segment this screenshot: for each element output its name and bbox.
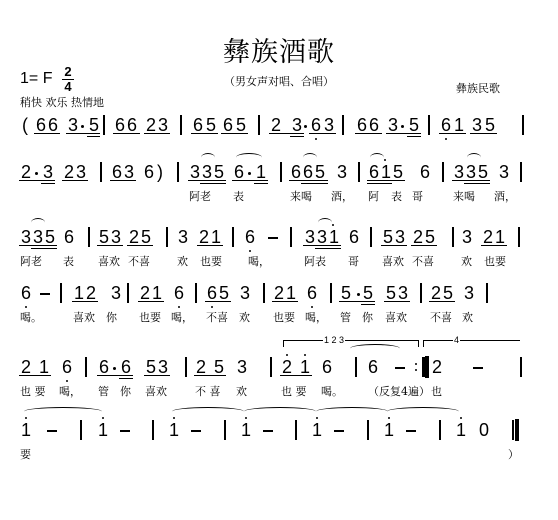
bar-line	[452, 227, 454, 247]
note: 3	[463, 284, 475, 302]
augmentation-dot	[248, 172, 251, 175]
lyric: 表	[233, 188, 244, 204]
hold-dash	[406, 430, 416, 432]
note: 2	[63, 163, 75, 181]
note: 1	[299, 358, 311, 376]
beam-underline	[367, 180, 405, 181]
note: 3	[20, 228, 32, 246]
lyric: 也要	[139, 309, 161, 325]
note: 5	[213, 163, 225, 181]
bar-line	[295, 420, 297, 440]
beam-underline	[19, 245, 57, 246]
note: 6	[222, 116, 234, 134]
beam-underline	[289, 180, 328, 181]
beam-underline	[197, 245, 223, 246]
lyric: 喜欢	[382, 253, 404, 269]
high-octave-dot	[173, 417, 175, 419]
bar-line	[100, 162, 102, 182]
lyric: 阿老	[189, 188, 211, 204]
note: 5	[340, 284, 352, 302]
note: 5	[382, 228, 394, 246]
lyric: 欢	[461, 253, 472, 269]
lyric: 喝，	[305, 309, 327, 325]
note: 1	[285, 284, 297, 302]
beam-underline	[272, 301, 298, 302]
note: 6	[111, 163, 123, 181]
bar-line	[518, 227, 520, 247]
note: 6	[114, 116, 126, 134]
note: 3	[291, 116, 303, 134]
hold-dash	[263, 430, 273, 432]
note: 6	[192, 116, 204, 134]
beam-underline	[194, 375, 226, 376]
lyric: 表	[63, 253, 74, 269]
note: 5	[218, 284, 230, 302]
lyric: 哥	[412, 188, 423, 204]
repeat-thin-bar	[422, 357, 424, 377]
bar-line	[224, 420, 226, 440]
bar-line	[85, 357, 87, 377]
beam-underline	[367, 183, 392, 184]
note: 6	[368, 116, 380, 134]
song-title: 彝族酒歌	[0, 30, 558, 69]
note: 3	[336, 163, 348, 181]
bar-line	[439, 420, 441, 440]
beam-underline	[19, 375, 51, 376]
volta-bracket-1	[283, 340, 419, 347]
slur-arc	[370, 153, 384, 162]
beam-underline	[411, 245, 437, 246]
beam-underline	[232, 180, 268, 181]
bar-line	[370, 227, 372, 247]
slur-arc	[316, 407, 388, 416]
lyric: 表	[391, 188, 402, 204]
volta-label-1: 1 2 3	[323, 335, 345, 345]
beam-underline	[62, 180, 88, 181]
note: 3	[110, 228, 122, 246]
high-octave-dot	[332, 224, 334, 226]
note: 5	[424, 228, 436, 246]
note: 6	[35, 116, 47, 134]
lyric: 也 要	[281, 383, 307, 399]
bar-line	[152, 420, 154, 440]
high-octave-dot	[286, 354, 288, 356]
note: 3	[498, 163, 510, 181]
lyric: 欢	[236, 383, 247, 399]
note: 6	[348, 228, 360, 246]
lyric: 阿老	[20, 253, 42, 269]
note: 3	[177, 228, 189, 246]
lyric: 也	[431, 383, 442, 399]
beam-underline	[381, 245, 407, 246]
note: 5	[235, 116, 247, 134]
note: 6	[367, 358, 379, 376]
note: 3	[123, 163, 135, 181]
low-octave-dot	[25, 306, 27, 308]
tempo-marking: 稍快 欢乐 热情地	[20, 94, 104, 110]
note: 3	[189, 163, 201, 181]
lyric: 欢	[177, 253, 188, 269]
note: 5	[140, 228, 152, 246]
note: 3	[465, 163, 477, 181]
beam-underline	[303, 245, 341, 246]
beam-underline	[384, 301, 410, 302]
hold-dash	[191, 430, 201, 432]
lyric: 阿	[368, 188, 379, 204]
lyric: 来喝	[290, 188, 312, 204]
note: 3	[304, 228, 316, 246]
slur-arc	[201, 153, 215, 162]
hold-dash	[120, 430, 130, 432]
low-octave-dot	[178, 306, 180, 308]
lyric: 哥	[348, 253, 359, 269]
note: 1	[38, 358, 50, 376]
bar-line	[258, 115, 260, 135]
lyric: 喜欢	[73, 309, 95, 325]
note: 5	[484, 116, 496, 134]
note: 1	[97, 421, 109, 439]
lyric: 喜欢	[145, 383, 167, 399]
note: 2	[139, 284, 151, 302]
beam-underline	[290, 136, 304, 137]
beam-underline	[301, 183, 328, 184]
hold-dash	[473, 367, 483, 369]
note: 2	[20, 163, 32, 181]
lyric: 你	[106, 309, 117, 325]
bar-line	[280, 162, 282, 182]
note: 5	[477, 163, 489, 181]
note: 1	[311, 421, 323, 439]
beam-underline	[41, 183, 55, 184]
low-octave-dot	[315, 138, 317, 140]
lyric: 酒，	[331, 188, 353, 204]
repeat-dot	[415, 369, 417, 371]
bar-line	[177, 162, 179, 182]
note: 0	[478, 421, 490, 439]
beam-underline	[280, 375, 312, 376]
note: 3	[387, 116, 399, 134]
bar-line	[60, 283, 62, 303]
beam-underline	[470, 133, 497, 134]
note: 6	[321, 358, 333, 376]
note: 6	[143, 163, 155, 181]
bar-line	[103, 115, 105, 135]
hold-dash	[395, 367, 405, 369]
time-signature: 2 4	[62, 66, 74, 93]
lyric: 也要	[484, 253, 506, 269]
bar-line	[180, 115, 182, 135]
lyric: 欢	[462, 309, 473, 325]
augmentation-dot	[304, 125, 307, 128]
augmentation-dot	[113, 367, 116, 370]
note: 3	[471, 116, 483, 134]
volta-bracket-2	[423, 340, 520, 347]
note: 3	[157, 358, 169, 376]
beam-underline	[110, 180, 136, 181]
note: 2	[195, 358, 207, 376]
note: 6	[440, 116, 452, 134]
lyric: 不喜	[412, 253, 434, 269]
note: 5	[145, 358, 157, 376]
note: 2	[273, 284, 285, 302]
bar-line	[442, 162, 444, 182]
note: 5	[213, 358, 225, 376]
note: 1	[494, 228, 506, 246]
lyric: 喝，	[248, 253, 270, 269]
lyric: 喝，	[59, 383, 81, 399]
slur-arc	[24, 407, 102, 416]
low-octave-dot	[211, 306, 213, 308]
lyric: 欢	[239, 309, 250, 325]
hold-dash	[40, 293, 50, 295]
note: 5	[392, 163, 404, 181]
beam-underline	[309, 133, 336, 134]
bar-line	[263, 283, 265, 303]
note: 3	[201, 163, 213, 181]
high-octave-dot	[388, 417, 390, 419]
bar-line	[420, 283, 422, 303]
bar-line	[367, 420, 369, 440]
bar-line	[428, 115, 430, 135]
note: 2	[270, 116, 282, 134]
beam-underline	[464, 183, 490, 184]
hold-dash	[334, 430, 344, 432]
lyric: 酒，	[494, 188, 516, 204]
bar-line	[185, 357, 187, 377]
note: 1	[453, 116, 465, 134]
note: 6	[98, 358, 110, 376]
beam-underline	[269, 133, 304, 134]
note: 6	[306, 284, 318, 302]
note: 1	[151, 284, 163, 302]
lyric: 不喜	[206, 309, 228, 325]
beam-underline	[254, 183, 268, 184]
note: 2	[128, 228, 140, 246]
beam-underline	[361, 304, 375, 305]
beam-underline	[452, 180, 490, 181]
lyric: 喝。	[321, 383, 343, 399]
lyric: 也 要	[20, 383, 46, 399]
bar-line	[166, 227, 168, 247]
lyric: 你	[120, 383, 131, 399]
note: 5	[98, 228, 110, 246]
bar-line	[342, 115, 344, 135]
note: 2	[430, 284, 442, 302]
final-thick-bar	[515, 419, 519, 441]
beam-underline	[439, 133, 466, 134]
lyric: 阿表	[304, 253, 326, 269]
note: 6	[47, 116, 59, 134]
beam-underline	[221, 133, 248, 134]
note: 3	[42, 163, 54, 181]
note: 2	[281, 358, 293, 376]
beam-underline	[31, 248, 57, 249]
beam-underline	[19, 180, 55, 181]
high-octave-dot	[316, 417, 318, 419]
lyric: 你	[362, 309, 373, 325]
slur-arc	[31, 218, 45, 227]
note: 5	[88, 116, 100, 134]
note: 6	[206, 284, 218, 302]
bar-line	[195, 283, 197, 303]
bar-line	[290, 227, 292, 247]
note: 3	[236, 358, 248, 376]
high-octave-dot	[25, 417, 27, 419]
beam-underline	[97, 245, 123, 246]
slur-arc	[172, 407, 244, 416]
final-thin-bar	[512, 420, 514, 440]
note: 3	[157, 116, 169, 134]
low-octave-dot	[311, 306, 313, 308]
note: 6	[419, 163, 431, 181]
note: 2	[20, 358, 32, 376]
note: 6	[61, 358, 73, 376]
beam-underline	[339, 301, 375, 302]
slur-arc	[387, 407, 459, 416]
meter-denominator: 4	[64, 79, 71, 94]
song-origin: 彝族民歌	[456, 80, 500, 96]
note: 1	[20, 421, 32, 439]
note: 2	[145, 116, 157, 134]
bar-line	[80, 420, 82, 440]
note: 1	[328, 228, 340, 246]
lyric: 喜欢	[385, 309, 407, 325]
slur-arc	[467, 153, 481, 162]
augmentation-dot	[401, 125, 404, 128]
note: 3	[453, 163, 465, 181]
note: 5	[408, 116, 420, 134]
lyric: 不喜	[128, 253, 150, 269]
lyric: 管	[340, 309, 351, 325]
low-octave-dot	[249, 250, 251, 252]
note: 6	[126, 116, 138, 134]
note: 1	[380, 163, 392, 181]
note: 3	[67, 116, 79, 134]
beam-underline	[66, 133, 100, 134]
note: 3	[394, 228, 406, 246]
beam-underline	[200, 183, 226, 184]
repeat-thick-bar	[425, 356, 429, 378]
note: 2	[412, 228, 424, 246]
note: 1	[255, 163, 267, 181]
bar-line	[88, 227, 90, 247]
note: 2	[85, 284, 97, 302]
note: 6	[20, 284, 32, 302]
lyric: 喝。	[20, 309, 42, 325]
note: 3	[323, 116, 335, 134]
note: 1	[168, 421, 180, 439]
beam-underline	[386, 133, 421, 134]
note: 6	[368, 163, 380, 181]
note: 1	[383, 421, 395, 439]
high-octave-dot	[384, 159, 386, 161]
bar-line	[520, 357, 522, 377]
note: 6	[356, 116, 368, 134]
lyric: ）	[508, 446, 519, 462]
note: 6	[310, 116, 322, 134]
note: 3	[316, 228, 328, 246]
augmentation-dot	[35, 172, 38, 175]
note: 1	[210, 228, 222, 246]
note: 5	[205, 116, 217, 134]
bar-line	[522, 115, 524, 135]
note: 2	[431, 358, 443, 376]
note: 6	[63, 228, 75, 246]
lyric: 管	[98, 383, 109, 399]
bar-line	[232, 227, 234, 247]
note: 3	[239, 284, 251, 302]
bar-line	[127, 283, 129, 303]
beam-underline	[144, 375, 170, 376]
low-octave-dot	[445, 138, 447, 140]
lyric: 喜欢	[98, 253, 120, 269]
beam-underline	[113, 133, 140, 134]
repeat-dot	[415, 363, 417, 365]
bar-line	[520, 162, 522, 182]
bar-line	[270, 357, 272, 377]
bar-line	[358, 162, 360, 182]
lyric: 也要	[273, 309, 295, 325]
beam-underline	[407, 136, 421, 137]
low-octave-dot	[66, 380, 68, 382]
note: 6	[244, 228, 256, 246]
meter-numerator: 2	[64, 64, 71, 79]
paren-close: )	[157, 163, 163, 181]
note: 5	[44, 228, 56, 246]
lyric: 喝，	[171, 309, 193, 325]
high-octave-dot	[102, 417, 104, 419]
slur-arc	[236, 153, 262, 162]
beam-underline	[87, 136, 100, 137]
beam-underline	[119, 378, 133, 379]
note: 6	[233, 163, 245, 181]
note: 5	[314, 163, 326, 181]
note: 6	[120, 358, 132, 376]
augmentation-dot	[357, 293, 360, 296]
high-octave-dot	[304, 354, 306, 356]
lyric: 不 喜	[195, 383, 221, 399]
beam-underline	[429, 301, 455, 302]
key-signature: 1= F	[20, 70, 52, 88]
beam-underline	[127, 245, 153, 246]
slur-arc	[303, 153, 317, 162]
bar-line	[486, 283, 488, 303]
note: 3	[110, 284, 122, 302]
slur-arc	[244, 407, 316, 416]
bar-line	[355, 357, 357, 377]
note: 6	[173, 284, 185, 302]
lyric: 来喝	[453, 188, 475, 204]
high-octave-dot	[245, 417, 247, 419]
slur-arc	[318, 218, 332, 227]
note: 5	[442, 284, 454, 302]
augmentation-dot	[81, 125, 84, 128]
beam-underline	[97, 375, 133, 376]
beam-underline	[144, 133, 170, 134]
lyric: 要	[20, 446, 31, 462]
beam-underline	[188, 180, 226, 181]
note: 3	[32, 228, 44, 246]
beam-underline	[191, 133, 218, 134]
note: 5	[385, 284, 397, 302]
beam-underline	[138, 301, 164, 302]
paren-open: (	[22, 116, 28, 134]
note: 1	[73, 284, 85, 302]
beam-underline	[34, 133, 60, 134]
beam-underline	[481, 245, 507, 246]
note: 1	[240, 421, 252, 439]
beam-underline	[205, 301, 231, 302]
